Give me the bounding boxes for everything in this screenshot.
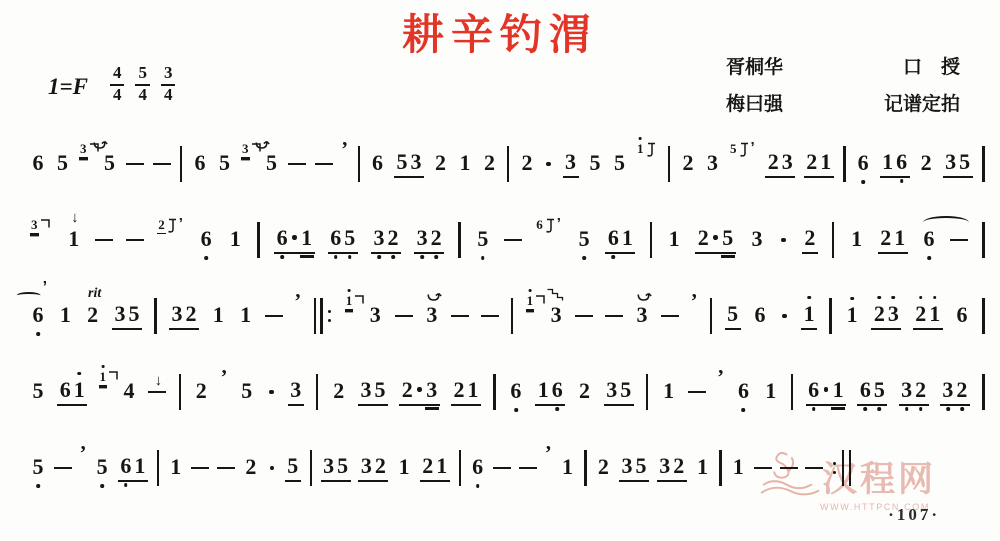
score-token: 1: [457, 152, 473, 177]
repeat-dot: [328, 310, 331, 313]
score-token: [649, 222, 653, 258]
score-token: 32: [414, 227, 444, 254]
note-digit-glyph: 3: [289, 379, 303, 401]
note-group: 32: [414, 227, 444, 254]
octave-down-dot: [377, 255, 381, 259]
score-token: [458, 450, 462, 486]
note-digit-glyph: 2: [919, 152, 933, 174]
score-token: ’: [294, 306, 301, 327]
note-group: 21: [878, 227, 908, 254]
note-digit: 6: [753, 304, 767, 326]
barline: [310, 450, 312, 486]
note-group: 61: [605, 227, 635, 254]
note-digit: 2: [184, 303, 198, 325]
score-token: 1: [661, 380, 677, 405]
note-digit: 2: [803, 227, 817, 249]
note-digit-glyph: 1: [169, 456, 183, 478]
score-token: [266, 390, 277, 395]
note-digit-glyph: 6: [922, 228, 936, 250]
score-token: 21: [878, 227, 908, 254]
note-digit: 1: [560, 456, 574, 478]
octave-up-dot: [892, 296, 896, 300]
score-token: 32: [940, 379, 970, 406]
score-token: [519, 467, 537, 470]
score-token: [191, 467, 209, 470]
note-digit: 2: [914, 303, 928, 325]
score-token: 35: [112, 303, 142, 330]
note-digit-glyph: 5: [343, 227, 357, 249]
grace-ornament: 6’: [535, 218, 561, 234]
score-token: [981, 146, 985, 182]
score-token: 1: [730, 456, 746, 481]
note-digit-glyph: 6: [193, 152, 207, 174]
score-token: 3: [563, 151, 579, 178]
note-digit: 6: [31, 152, 45, 174]
duration-dash: [191, 467, 209, 470]
note-group: 1: [57, 304, 73, 329]
note-digit-glyph: 2: [184, 303, 198, 325]
note-digit-glyph: 3: [564, 151, 578, 173]
score-token: [451, 315, 469, 318]
score-token: 2: [519, 152, 535, 177]
credit-line: 胥桐华 口 授: [726, 52, 960, 79]
note-group: 2: [433, 152, 449, 177]
note-digit: 3: [605, 379, 619, 401]
note-group: 3: [704, 152, 720, 177]
down-ornament-icon: ↓: [71, 209, 79, 226]
note-digit: 1: [239, 304, 253, 326]
score-token: 5: [30, 380, 46, 405]
note-digit-glyph: 6: [550, 379, 564, 401]
score-token: 3: [749, 228, 765, 253]
hookdown-ornament-icon: [535, 294, 546, 305]
note-digit: 2: [955, 379, 969, 401]
note-digit: 5: [373, 379, 387, 401]
note-digit-glyph: 2: [672, 455, 686, 477]
note-digit-glyph: 2: [86, 304, 100, 326]
note-group: 1: [763, 380, 779, 405]
barline: [646, 374, 648, 410]
credit-role: 口 授: [903, 52, 960, 79]
note-digit-glyph: 2: [872, 303, 886, 325]
note-group: 6: [954, 304, 970, 329]
note-group: 1: [849, 228, 865, 253]
credit-line: 梅曰强 记谱定拍: [726, 89, 960, 116]
note-digit: 2: [520, 152, 534, 174]
score-token: 2: [576, 380, 592, 405]
note-group: 2: [243, 456, 259, 481]
note-digit-glyph: 1: [881, 151, 895, 173]
note-group: 2: [85, 304, 101, 329]
score-token: 6: [369, 152, 385, 177]
note-digit-glyph: 5: [721, 227, 735, 249]
key-signature: 1=F: [48, 74, 88, 100]
note-group: 21: [420, 455, 450, 482]
barline: [458, 222, 460, 258]
note-group: 35: [604, 379, 634, 406]
duration-dash: [661, 315, 679, 318]
note-digit-glyph: 5: [577, 228, 591, 250]
score-token: 13: [345, 304, 384, 329]
barline: [493, 374, 495, 410]
score-token: 1: [849, 228, 865, 253]
note-digit: 2: [766, 151, 780, 173]
note-digit: 2: [373, 455, 387, 477]
score-token: 5: [725, 303, 741, 330]
score-token: [754, 467, 772, 470]
note-digit: 6: [895, 151, 909, 173]
note-group: 3: [563, 151, 579, 178]
note-digit-glyph: 1: [845, 304, 859, 326]
note-digit-glyph: 2: [577, 380, 591, 402]
grace-digit: 6: [535, 218, 544, 233]
score-line: 5’56112535321216’12353211: [30, 430, 852, 506]
note-group: 35: [943, 151, 973, 178]
note-digit-glyph: 1: [228, 228, 242, 250]
note-group: 1: [210, 304, 226, 329]
score-token: 61: [806, 379, 847, 406]
note-group: 6: [735, 380, 751, 405]
note-group: 16: [535, 379, 565, 406]
score-token: 23: [399, 379, 440, 406]
note-digit: 5: [240, 380, 254, 402]
repeat-dots: [328, 310, 331, 322]
grace-digit: 3: [79, 142, 88, 158]
score-token: 6: [508, 380, 524, 405]
note-digit-glyph: 6: [895, 151, 909, 173]
note-group: 65: [857, 379, 887, 406]
score-line: 31↓2’616165323256’561125321216: [30, 202, 986, 278]
page-number: ·107·: [888, 505, 940, 525]
score-token: [309, 450, 313, 486]
note-digit-glyph: 1: [466, 379, 480, 401]
note-group: 6: [192, 152, 208, 177]
score-token: [504, 239, 522, 242]
score-token: 5: [30, 456, 46, 481]
score-token: 6’: [30, 304, 46, 329]
note-digit: 1: [928, 303, 942, 325]
note-group: 2: [918, 152, 934, 177]
grace-digit: 1: [636, 142, 645, 157]
score-token: 5: [587, 152, 603, 177]
barline: [842, 450, 844, 486]
duration-dash: [605, 315, 623, 318]
grace-ornament: 1: [99, 370, 120, 386]
breath-mark: ’: [557, 218, 561, 230]
note-digit: 2: [914, 379, 928, 401]
note-digit-glyph: 5: [103, 152, 117, 174]
note-digit: 1: [228, 228, 242, 250]
note-digit-glyph: 2: [955, 379, 969, 401]
score-token: 65: [857, 379, 887, 406]
score-token: 6: [30, 152, 46, 177]
note-digit: 2: [86, 304, 100, 326]
note-group: 6: [369, 152, 385, 177]
score-token: [510, 298, 514, 334]
note-digit: 2: [434, 152, 448, 174]
score-token: 2: [243, 456, 259, 481]
barline: [584, 450, 586, 486]
score-token: 5: [475, 228, 491, 253]
note-digit: 2: [483, 152, 497, 174]
note-group: 1: [661, 380, 677, 405]
note-digit: 2: [244, 456, 258, 478]
note-digit-glyph: 2: [483, 152, 497, 174]
octave-up-dot: [850, 297, 854, 301]
note-digit: 5: [634, 455, 648, 477]
octave-down-dot: [927, 256, 931, 260]
note-digit: 3: [780, 151, 794, 173]
note-digit: 6: [31, 304, 45, 326]
note-digit-glyph: 5: [31, 456, 45, 478]
note-group: 6: [752, 304, 768, 329]
score-token: 61: [605, 227, 635, 254]
note-group: 2: [595, 456, 611, 481]
score-token: 1: [57, 304, 73, 329]
breath-mark: ’: [179, 218, 183, 230]
note-digit: 1: [731, 456, 745, 478]
note-group: 3: [548, 304, 564, 329]
score-token: 2: [433, 152, 449, 177]
down-ornament-icon: ↓: [155, 372, 163, 389]
note-group: 53: [394, 151, 424, 178]
duration-dash: [754, 467, 772, 470]
octave-up-dot: [919, 296, 923, 300]
note-digit: 2: [400, 379, 414, 401]
note-digit: 3: [635, 304, 649, 326]
barline: [832, 222, 834, 258]
note-digit-glyph: 1: [695, 456, 709, 478]
score-token: 6: [198, 228, 214, 253]
score-token: [605, 315, 623, 318]
note-group: 6: [198, 228, 214, 253]
note-group: 1: [666, 228, 682, 253]
score-token: [315, 374, 319, 410]
grace-ornament: 1: [345, 294, 366, 310]
score-token: [156, 450, 160, 486]
score-token: 1: [844, 304, 860, 329]
note-group: 21: [913, 303, 943, 330]
note-digit: 1: [58, 304, 72, 326]
note-digit: 1: [169, 456, 183, 478]
octave-down-dot: [36, 484, 40, 488]
grace-digit: 5: [729, 142, 738, 157]
note-digit: 5: [958, 151, 972, 173]
note-digit: 5: [619, 379, 633, 401]
octave-up-dot: [878, 296, 882, 300]
hookdown-ornament-icon: [40, 218, 51, 229]
note-digit: 2: [194, 380, 208, 402]
score-token: 25: [695, 227, 736, 254]
score-token: [481, 315, 499, 318]
score-token: 3: [424, 304, 440, 329]
duration-dash: [288, 163, 306, 166]
note-digit-glyph: 5: [127, 303, 141, 325]
grace-ornament: 2’: [157, 218, 183, 234]
note-group: 1: [457, 152, 473, 177]
note-group: 5: [30, 456, 46, 481]
note-group: 61: [57, 379, 87, 406]
note-group: 5: [30, 380, 46, 405]
note-group: 6: [470, 456, 486, 481]
breath-mark: ’: [751, 142, 755, 154]
note-digit: 2: [681, 152, 695, 174]
note-group: 4: [121, 380, 137, 405]
dotted-rhythm-dot: [292, 235, 297, 240]
note-digit: 3: [750, 228, 764, 250]
score-token: [178, 374, 182, 410]
note-group: 2: [193, 380, 209, 405]
jhook-ornament-icon: [739, 142, 750, 158]
octave-down-dot: [919, 407, 923, 411]
score-token: 16: [880, 151, 910, 178]
octave-down-dot: [36, 332, 40, 336]
note-digit: 2: [805, 151, 819, 173]
note-digit: 1: [695, 456, 709, 478]
note-digit-glyph: 3: [900, 379, 914, 401]
note-digit: 2: [421, 455, 435, 477]
note-group: 5: [239, 380, 255, 405]
score-token: [357, 146, 361, 182]
note-digit: 5: [218, 152, 232, 174]
duration-dash: [395, 315, 413, 318]
note-digit-glyph: 1: [620, 227, 634, 249]
note-digit: 2: [872, 303, 886, 325]
note-digit-glyph: 1: [435, 455, 449, 477]
note-digit: 3: [944, 151, 958, 173]
note-digit-glyph: 5: [395, 151, 409, 173]
jhook-ornament-icon: [167, 218, 178, 234]
score-token: 2: [331, 380, 347, 405]
note-group: 2: [576, 380, 592, 405]
note-group: 61: [118, 455, 148, 482]
note-digit-glyph: 6: [275, 227, 289, 249]
note-group: 5: [217, 152, 233, 177]
note-digit: 1: [466, 379, 480, 401]
breath-mark: ’: [691, 291, 698, 312]
octave-down-dot: [334, 255, 338, 259]
duration-dash: [265, 315, 283, 318]
note-digit: 1: [397, 456, 411, 478]
barline: [982, 146, 984, 182]
note-digit: 1: [881, 151, 895, 173]
note-digit: 3: [425, 379, 439, 401]
note-digit-glyph: 3: [322, 455, 336, 477]
note-group: 5: [55, 152, 71, 177]
score-token: ’: [691, 306, 698, 327]
score-token: 35: [79, 152, 118, 177]
note-digit-glyph: 3: [705, 152, 719, 174]
note-digit: 5: [872, 379, 886, 401]
note-group: 2: [680, 152, 696, 177]
note-digit: 6: [550, 379, 564, 401]
note-digit: 3: [113, 303, 127, 325]
breath-mark: ’: [220, 367, 227, 388]
note-digit-glyph: 6: [199, 228, 213, 250]
note-digit-glyph: 1: [560, 456, 574, 478]
note-digit-glyph: 3: [658, 455, 672, 477]
note-digit-glyph: 3: [549, 304, 563, 326]
note-digit-glyph: 1: [300, 227, 314, 249]
score-token: 16: [535, 379, 565, 406]
barline: [719, 450, 721, 486]
note-digit-glyph: 6: [31, 304, 45, 326]
time-signature: 5 4: [135, 64, 150, 104]
score-token: 1: [559, 456, 575, 481]
note-digit-glyph: 2: [520, 152, 534, 174]
duration-dash: [493, 467, 511, 470]
barline: [180, 146, 182, 182]
duration-dash: [217, 467, 235, 470]
octave-down-dot: [612, 255, 616, 259]
note-group: 21: [451, 379, 481, 406]
note-digit-glyph: 6: [753, 304, 767, 326]
note-digit-glyph: 2: [803, 227, 817, 249]
score-token: [831, 450, 852, 486]
note-digit: 1: [536, 379, 550, 401]
jhook-ornament-icon: [646, 142, 657, 158]
dotted-rhythm-dot: [546, 162, 551, 167]
score-token: 35: [358, 379, 388, 406]
note-group: 5: [587, 152, 603, 177]
note-digit-glyph: 3: [944, 151, 958, 173]
hookdown-ornament-icon: [354, 294, 365, 305]
score-token: 1: [168, 456, 184, 481]
note-group: 3: [367, 304, 383, 329]
score-token: 35: [604, 379, 634, 406]
note-digit: 3: [368, 304, 382, 326]
note-digit: 4: [122, 380, 136, 402]
note-digit: 6: [370, 152, 384, 174]
score-line: 56114↓2’5323523216162351’6161653232: [30, 354, 986, 430]
score-token: 3: [30, 232, 53, 248]
score-token: 5: [55, 152, 71, 177]
octave-down-dot: [960, 407, 964, 411]
octave-up-dot: [77, 372, 81, 376]
score-token: 3: [288, 379, 304, 406]
score-token: [543, 162, 554, 167]
score-token: 2: [193, 380, 209, 405]
note-digit-glyph: 3: [620, 455, 634, 477]
score-token: 5: [94, 456, 110, 481]
score-token: 2: [802, 227, 818, 254]
note-digit: 2: [577, 380, 591, 402]
note-group: 3: [424, 304, 440, 329]
score-token: ’: [717, 382, 724, 403]
note-digit-glyph: 1: [58, 304, 72, 326]
note-digit: 6: [471, 456, 485, 478]
score-token: [981, 298, 985, 334]
note-group: 2: [482, 152, 498, 177]
score-token: [492, 374, 496, 410]
credit-name: 胥桐华: [726, 52, 783, 79]
note-digit-glyph: 3: [941, 379, 955, 401]
note-group: 6: [508, 380, 524, 405]
note-digit: 2: [919, 152, 933, 174]
note-digit-glyph: 5: [619, 379, 633, 401]
notation-score: 65356535’65321223551235’232161623531↓2’6…: [30, 126, 986, 506]
score-token: 2: [482, 152, 498, 177]
barline: [179, 374, 181, 410]
note-digit: 2: [879, 227, 893, 249]
note-digit-glyph: 1: [211, 304, 225, 326]
breath-mark: ’: [79, 443, 86, 464]
note-digit-glyph: 5: [240, 380, 254, 402]
score-token: [126, 239, 144, 242]
note-group: 1: [168, 456, 184, 481]
note-digit: 6: [275, 227, 289, 249]
note-digit: 1: [620, 227, 634, 249]
